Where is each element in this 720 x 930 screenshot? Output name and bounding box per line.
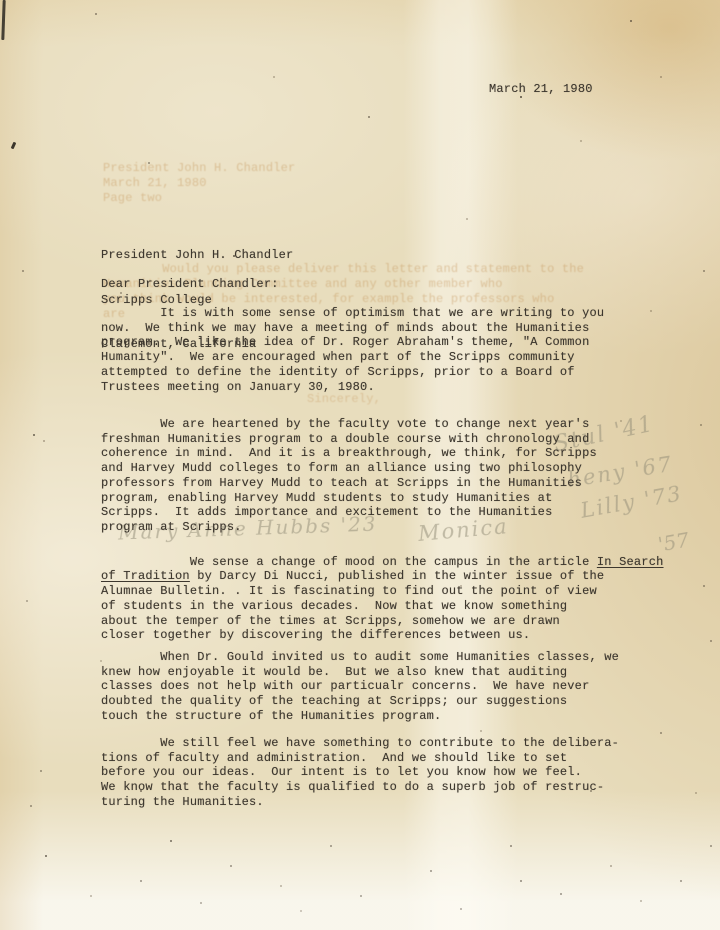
recipient-name: President John H. Chandler [101,248,293,263]
ghost-page2-closing: Sincerely, [307,392,381,407]
paragraph-3: We sense a change of mood on the campus … [101,540,664,658]
paper-speckles [0,0,2,2]
date-line: March 21, 1980 [489,82,593,97]
article-title-part-2: of Tradition [101,569,190,583]
paragraph-3-text: We sense a change of mood on the campus … [131,555,597,569]
paragraph-5: We still feel we have something to contr… [101,736,619,810]
scanned-letter-page: President John H. Chandler March 21, 198… [0,0,720,930]
paragraph-2: We are heartened by the faculty vote to … [101,417,597,535]
ghost-page2-header: President John H. Chandler March 21, 198… [103,161,295,206]
salutation: Dear President Chandler: [101,277,279,292]
recipient-institution: Scripps College [101,293,293,308]
ink-tick-mark [11,142,17,150]
article-title-part-1: In Search [597,555,664,569]
scan-edge-mark [1,0,5,40]
paragraph-1: It is with some sense of optimism that w… [101,306,604,394]
paragraph-4: When Dr. Gould invited us to audit some … [101,650,619,724]
